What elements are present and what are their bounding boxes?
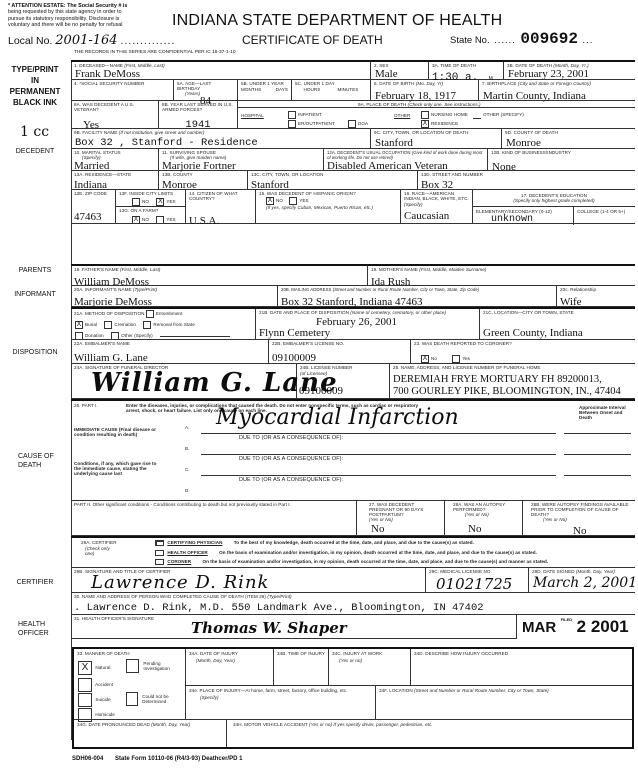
filed-stamp: MAR FILED 2 2001: [522, 617, 629, 637]
field-under-1-day[interactable]: 5c. UNDER 1 DAY HoursMinutes: [292, 80, 371, 101]
cause-a-value: Myocardial Infarction: [216, 405, 459, 430]
field-year-served[interactable]: 8b. YEAR LAST SERVED IN U.S. ARMED FORCE…: [159, 101, 238, 129]
field-father[interactable]: 18. FATHER'S NAME (First, Middle, Last) …: [71, 264, 368, 286]
farm-yes[interactable]: Yes: [156, 217, 175, 222]
field-injury-time[interactable]: 34b. TIME OF INJURY: [274, 649, 329, 686]
certificate-title: CERTIFICATE OF DEATH: [242, 33, 383, 47]
side-type-print: TYPE/PRINT IN PERMANENT BLACK INK: [0, 64, 70, 108]
field-race[interactable]: 16. RACE—American Indian, Black, White, …: [401, 190, 473, 224]
field-time-of-death[interactable]: 3a. TIME OF DEATH 1:30 a. M: [429, 62, 504, 80]
form-code: SDH06-004: [72, 756, 103, 762]
field-injury-place[interactable]: 34e. PLACE OF INJURY—At home, farm, stre…: [186, 686, 376, 720]
field-surviving-spouse[interactable]: 11. SURVIVING SPOUSE(If wife, give maide…: [159, 149, 324, 171]
disposition-location: Green County, Indiana: [483, 327, 583, 339]
field-disposition-date-place[interactable]: 21b. DATE AND PLACE OF DISPOSITION (Name…: [256, 309, 480, 340]
field-sex[interactable]: 2. SEX Male: [371, 62, 429, 80]
citizen-country: U.S.A.: [186, 215, 255, 227]
method-other-specify-line[interactable]: [160, 336, 230, 337]
field-residence-street[interactable]: 13d. STREET AND NUMBER Box 32: [418, 171, 635, 190]
checkbox[interactable]: [288, 120, 296, 128]
field-motor-vehicle[interactable]: 34h. MOTOR VEHICLE ACCIDENT (Yes or no) …: [227, 720, 632, 747]
field-manner-of-death[interactable]: 33. MANNER OF DEATH X Natural Pending In…: [74, 649, 186, 720]
hispanic-yes[interactable]: Yes: [289, 198, 308, 203]
field-veteran[interactable]: 8a. WAS DECEDENT A U.S. VETERAN? Yes: [71, 101, 159, 129]
attention-notice: * ATTENTION ESTATE: The Social Security …: [8, 3, 158, 29]
manner-undetermined[interactable]: Could not be Determined: [126, 692, 186, 706]
department-title: INDIANA STATE DEPARTMENT OF HEALTH: [172, 12, 502, 30]
field-place-of-death[interactable]: 9a. PLACE OF DEATH (Check only one. See …: [238, 101, 635, 129]
autopsy-answer: No: [468, 523, 481, 535]
field-education[interactable]: 17. DECEDENT'S EDUCATION (Specify only h…: [473, 190, 635, 224]
side-disposition: DISPOSITION: [0, 348, 70, 357]
certifier-coroner[interactable]: CORONER On the basis of examination and/…: [155, 559, 548, 565]
interval-c[interactable]: [564, 475, 631, 476]
field-date-of-birth[interactable]: 6. DATE OF BIRTH (Mo. Day, Yr) February …: [371, 80, 479, 101]
field-informant-address[interactable]: 20b. MAILING ADDRESS (Street and Number …: [278, 286, 557, 307]
field-age[interactable]: 5a. AGE—Last Birthday(Years) 84: [174, 80, 238, 101]
medical-license: 01021725: [436, 575, 512, 593]
certifier-signature: Lawrence D. Rink: [91, 572, 269, 593]
date-signed: March 2, 2001: [533, 575, 637, 591]
date-of-death: February 23, 2001: [504, 68, 635, 80]
checkbox[interactable]: [348, 120, 356, 128]
field-disposition-method[interactable]: 21a. METHOD OF DISPOSITION Entombment XB…: [71, 309, 256, 340]
checkbox[interactable]: [288, 111, 296, 119]
director-license: 09100009: [299, 385, 343, 397]
funeral-home-line2: 700 GOURLEY PIKE, BLOOMINGTON, IN., 4740…: [393, 386, 621, 397]
field-health-officer-signature[interactable]: 31. HEALTH OFFICER'S SIGNATURE Thomas W.…: [71, 615, 517, 639]
method-cremation[interactable]: Cremation: [104, 322, 136, 327]
field-mother[interactable]: 19. MOTHER'S NAME (First, Middle, Maiden…: [368, 264, 635, 286]
field-autopsy[interactable]: 28a. WAS AN AUTOPSY PERFORMED? (Yes or N…: [445, 501, 523, 536]
field-under-1-year[interactable]: 5b. UNDER 1 YEAR MonthsDays: [238, 80, 292, 101]
manner-pending[interactable]: Pending Investigation: [126, 659, 186, 673]
field-director-signature[interactable]: 24a. SIGNATURE OF FUNERAL DIRECTOR Willi…: [71, 364, 297, 399]
other-specify[interactable]: Other (Specify): [473, 111, 524, 119]
state-number: State No. ...... 009692 ...: [450, 30, 593, 48]
embalmer-name: William G. Lane: [71, 352, 268, 364]
inside-city-yes[interactable]: XYes: [156, 199, 175, 204]
method-donation[interactable]: Donation: [75, 333, 104, 338]
field-residence-state[interactable]: 13a. RESIDENCE—STATE Indiana: [71, 171, 159, 190]
side-informant: INFORMANT: [0, 290, 70, 299]
checkbox[interactable]: [421, 111, 429, 119]
field-disposition-location[interactable]: 21c. LOCATION—City or Town, State Green …: [480, 309, 635, 340]
interval-b[interactable]: [564, 454, 631, 455]
manner-suicide[interactable]: Suicide: [78, 693, 111, 707]
checkbox[interactable]: [473, 111, 481, 119]
field-occupation[interactable]: 12a. DECEDENT'S USUAL OCCUPATION (Give k…: [324, 149, 488, 171]
field-injury-date[interactable]: 34a. DATE OF INJURY (Month, Day, Year): [186, 649, 274, 686]
field-birthplace[interactable]: 7. BIRTHPLACE (City and State or Foreign…: [479, 80, 635, 101]
method-removal[interactable]: Removal from State: [143, 322, 195, 327]
other-nursing-home[interactable]: Nursing Home: [421, 111, 468, 119]
race: Caucasian: [401, 210, 472, 222]
field-facility[interactable]: 9b. FACILITY NAME (If not institution, g…: [71, 129, 371, 149]
decedent-name: Frank DeMoss: [71, 68, 370, 80]
form-name: State Form 10110-06 (R4/3-93) Deathcer/P…: [115, 756, 242, 762]
education-elementary: unknown: [491, 214, 533, 225]
zip-code: 47463: [71, 211, 115, 223]
field-injury-description[interactable]: 34d. DESCRIBE HOW INJURY OCCURRED: [411, 649, 632, 686]
field-coroner[interactable]: 23. WAS DEATH REPORTED TO CORONER? XNo Y…: [411, 340, 635, 364]
field-residence-county[interactable]: 13b. COUNTY Monroe: [159, 171, 248, 190]
field-date-of-death[interactable]: 3b. DATE OF DEATH (Month, Day, Yr.) Febr…: [504, 62, 635, 80]
cause-line-c[interactable]: [201, 475, 556, 476]
coroner-no[interactable]: XNo: [421, 356, 437, 361]
cause-line-a[interactable]: [201, 433, 556, 434]
pregnant-answer: No: [371, 523, 384, 535]
field-embalmer-license[interactable]: 22b. EMBALMER'S LICENSE NO. 09100009: [269, 340, 411, 364]
manner-natural[interactable]: X Natural: [78, 661, 111, 675]
method-burial[interactable]: XBurial: [75, 322, 97, 327]
city-of-death: Stanford: [371, 137, 501, 149]
other-residence[interactable]: XResidence: [421, 120, 458, 128]
completer-name-address: . Lawrence D. Rink, M.D. 550 Landmark Av…: [71, 602, 635, 614]
field-hispanic-origin[interactable]: 15. WAS DECEDENT OF HISPANIC ORIGIN? XNo…: [256, 190, 401, 224]
field-citizen[interactable]: 14. CITIZEN OF WHAT COUNTRY? U.S.A.: [186, 190, 256, 224]
field-part2[interactable]: PART II. Other significant conditions - …: [71, 501, 357, 536]
certifier-health-officer[interactable]: HEALTH OFFICER On the basis of examinati…: [155, 550, 537, 556]
field-director-license[interactable]: 24b. LICENSE NUMBER (of Licensee) 091000…: [297, 364, 390, 399]
facility-name: Box 32 , Stanford - Residence: [71, 137, 370, 149]
side-certifier: CERTIFIER: [0, 578, 70, 587]
field-ssn[interactable]: 4. *SOCIAL SECURITY NUMBER: [71, 80, 174, 101]
field-injury-location[interactable]: 34f. LOCATION (Street and Number or Rura…: [376, 686, 632, 720]
field-embalmer[interactable]: 22a. EMBALMER'S NAME William G. Lane: [71, 340, 269, 364]
field-pregnant[interactable]: 27. WAS DECEDENT PREGNANT OR 90 DAYS POS…: [357, 501, 445, 536]
county-of-death: Monroe: [502, 137, 635, 149]
interval-a[interactable]: [564, 433, 631, 434]
handwritten-code: 1 cc: [20, 124, 49, 140]
cause-line-b[interactable]: [201, 454, 556, 455]
field-injury-at-work[interactable]: 34c. INJURY AT WORK (Yes or no): [329, 649, 411, 686]
field-informant-name[interactable]: 20a. INFORMANT'S NAME (Type/Print) Marjo…: [71, 286, 278, 307]
hispanic-no[interactable]: XNo: [266, 198, 283, 203]
state-number-value: 009692: [520, 30, 578, 48]
field-name[interactable]: 1. DECEASED—NAME (First, Middle, Last) F…: [71, 62, 371, 80]
method-other[interactable]: Other (Specify): [111, 333, 153, 338]
field-residence-city[interactable]: 13c. CITY, TOWN, OR LOCATION Stanford: [248, 171, 418, 190]
cause-part1: 26. PART I. Enter the diseases, injuries…: [71, 401, 635, 501]
local-number: Local No. 2001-164 ..............: [8, 33, 175, 48]
field-on-farm[interactable]: 13g. ON A FARM? XNo Yes: [116, 207, 186, 224]
manner-accident[interactable]: Accident: [78, 678, 113, 692]
field-inside-city-limits[interactable]: 13f. INSIDE CITY LIMITS No XYes: [116, 190, 186, 207]
confidential-notice: THE RECORDS IN THIS SERIES ARE CONFIDENT…: [74, 50, 236, 55]
certifier-physician[interactable]: CERTIFYING PHYSICIAN To the best of my k…: [155, 540, 474, 546]
hospital-er-outpatient[interactable]: ER/Outpatient: [288, 120, 335, 128]
other-label: OTHER: [394, 113, 410, 118]
field-informant-relationship[interactable]: 20c. Relationship Wife: [557, 286, 635, 307]
embalmer-license: 09100009: [269, 352, 410, 364]
field-certifier-type[interactable]: 29a. CERTIFIER (Check only one) CERTIFYI…: [71, 538, 635, 568]
field-county-of-death[interactable]: 9d. COUNTY OF DEATH Monroe: [502, 129, 635, 149]
field-city-of-death[interactable]: 9c. CITY, TOWN, OR LOCATION OF DEATH Sta…: [371, 129, 502, 149]
funeral-home-line1: DEREMIAH FRYE MORTUARY FH 89200013,: [393, 374, 602, 385]
footer: SDH06-004 State Form 10110-06 (R4/3-93) …: [72, 756, 242, 762]
side-parents: PARENTS: [0, 266, 70, 275]
local-number-value: 2001-164: [55, 33, 117, 48]
health-officer-signature: Thomas W. Shaper: [191, 619, 347, 637]
checkbox-checked[interactable]: X: [421, 120, 429, 128]
field-certifier-signature[interactable]: 29b. SIGNATURE AND TITLE OF CERTIFIER La…: [71, 568, 426, 593]
method-entombment[interactable]: Entombment: [146, 311, 183, 316]
field-business[interactable]: 12b. KIND OF BUSINESS/INDUSTRY None: [488, 149, 635, 171]
coroner-yes[interactable]: Yes: [452, 356, 470, 361]
field-pronounced-dead[interactable]: 34g. DATE PRONOUNCED DEAD (Month, Day, Y…: [74, 720, 227, 747]
field-marital-status[interactable]: 10. MARITAL STATUS(Specify) Married: [71, 149, 159, 171]
inside-city-no[interactable]: No: [132, 199, 149, 204]
field-date-signed[interactable]: 29d. DATE SIGNED (Month, Day, Year) Marc…: [529, 568, 635, 593]
field-autopsy-findings[interactable]: 28b. WERE AUTOPSY FINDINGS AVAILABLE PRI…: [523, 501, 635, 536]
hospital-doa[interactable]: DOA: [348, 120, 368, 128]
farm-no[interactable]: XNo: [132, 217, 149, 222]
hospital-inpatient[interactable]: Inpatient: [288, 111, 322, 119]
field-zip[interactable]: 13e. ZIP CODE 47463: [71, 190, 116, 224]
decedent-sex: Male: [371, 68, 428, 80]
side-decedent: DECEDENT: [0, 147, 70, 156]
field-funeral-home[interactable]: 25. NAME, ADDRESS, AND LICENSE NUMBER OF…: [390, 364, 635, 399]
hospital-label: HOSPITAL: [241, 113, 264, 118]
field-completer[interactable]: 30. NAME AND ADDRESS OF PERSON WHO COMPL…: [71, 593, 635, 615]
disposition-place: Flynn Cemetery: [259, 327, 330, 339]
field-medical-license[interactable]: 29c. MEDICAL LICENSE NO. 01021725: [426, 568, 529, 593]
